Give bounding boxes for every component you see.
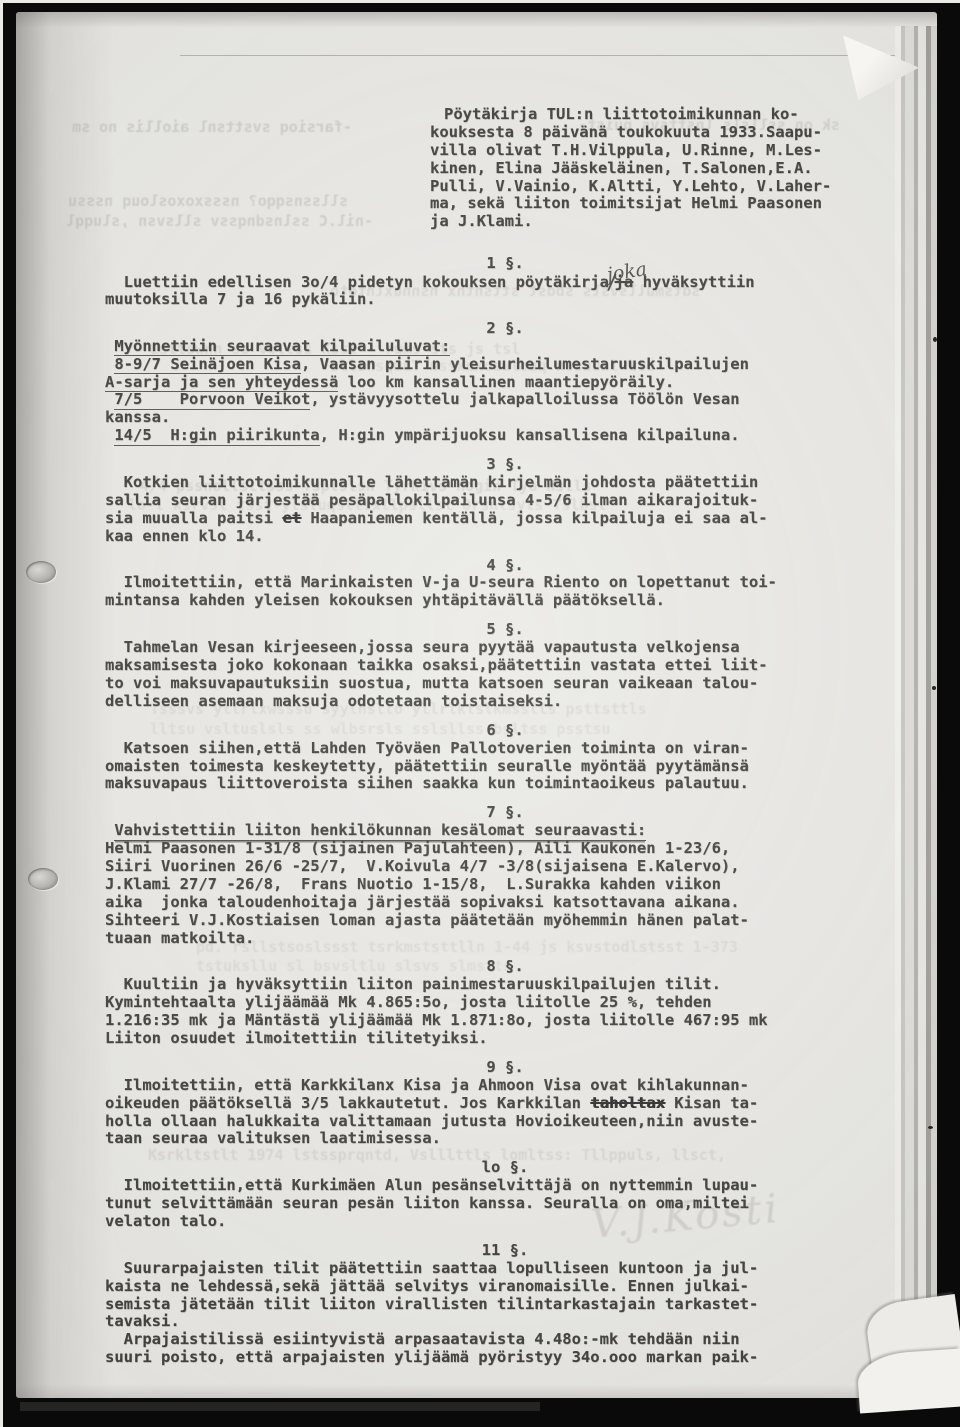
document-line: kanssa.	[105, 409, 905, 427]
document-line: Arpajaistilissä esiintyvistä arpasaatavi…	[105, 1331, 905, 1349]
photo-background-right	[937, 0, 960, 1427]
document-line: 7/5 Porvoon Veikot, ystävyysottelu jalka…	[105, 391, 905, 409]
text-segment	[105, 355, 114, 373]
document-line: 1.216:35 mk ja Mäntästä ylijäämää Mk 1.8…	[105, 1012, 905, 1030]
document-line: suuri poisto, että arpajaisten ylijäämä …	[105, 1349, 905, 1367]
document-line: Suurarpajaisten tilit päätettiin saattaa…	[105, 1260, 905, 1278]
document-line: kaista ne lehdessä,sekä jättää selvitys …	[105, 1278, 905, 1296]
document-line: holla ollaan halukkaita valittamaan jutu…	[105, 1113, 905, 1131]
document-body: 1 §. Luettiin edellisen 3o/4 pidetyn kok…	[105, 255, 905, 1367]
text-segment: Haapaniemen kentällä, jossa kilpailuja e…	[301, 509, 768, 527]
binder-hole-bottom	[28, 868, 58, 890]
section-header: 7 §.	[105, 804, 905, 822]
document-line: kinen, Elina Jääskeläinen, T.Salonen,E.A…	[430, 160, 905, 178]
page-stack-edge	[918, 26, 926, 1390]
underlined-text: 7/5 Porvoon Veikot	[114, 390, 310, 410]
page-stack-edge	[905, 26, 914, 1390]
text-segment: loo km kansallinen maantiepyöräily.	[338, 373, 674, 391]
text-segment	[105, 390, 114, 408]
document-line: oikeuden päätöksellä 3/5 lakkautetut. Jo…	[105, 1095, 905, 1113]
document-line: tuaan matkoilta.	[105, 930, 905, 948]
text-segment: hyväksyttiin	[633, 273, 754, 291]
text-segment	[105, 337, 114, 355]
text-segment: Luettiin edellisen 3o/4 pidetyn kokoukse…	[105, 273, 609, 291]
document-line: omaisten toimesta keskeytetty, päätettii…	[105, 758, 905, 776]
section-header: 4 §.	[105, 557, 905, 575]
document-line: Luettiin edellisen 3o/4 pidetyn kokoukse…	[105, 273, 905, 291]
document-line: maksuvapaus liittoveroista siihen saakka…	[105, 775, 905, 793]
document-line: sallia seuran järjestää pesäpallokilpail…	[105, 492, 905, 510]
document-line: Kuultiin ja hyväksyttiin liiton painimes…	[105, 976, 905, 994]
text-segment: , Vaasan piirin yleisurheilumestaruuskil…	[301, 355, 749, 373]
document-line: Ilmoitettiin, että Marinkaisten V-ja U-s…	[105, 574, 905, 592]
document-line: Ilmoitettiin,että Kurkimäen Alun pesänse…	[105, 1177, 905, 1195]
section-header: 2 §.	[105, 320, 905, 338]
table-edge-highlight	[20, 1402, 540, 1411]
document-line: sia muualla paitsi et Haapaniemen kentäl…	[105, 510, 905, 528]
section-header: 1 §.	[105, 255, 905, 273]
document-line: J.Klami 27/7 -26/8, Frans Nuotio 1-15/8,…	[105, 876, 905, 894]
document-line: Helmi Paasonen 1-31/8 (sijainen Pajulaht…	[105, 840, 905, 858]
underlined-text: 8-9/7 Seinäjoen Kisa	[114, 355, 301, 375]
text-segment: sia muualla paitsi	[105, 509, 282, 527]
document-line: mintansa kahden yleisen kokouksen yhtäpi…	[105, 592, 905, 610]
document-line: taan seuraa valituksen laatimisessa.	[105, 1130, 905, 1148]
ink-speck	[933, 337, 937, 342]
document-line: 14/5 H:gin piirikunta, H:gin ympärijuoks…	[105, 427, 905, 445]
document-line: tavaksi.	[105, 1313, 905, 1331]
ink-speck	[932, 686, 936, 690]
document-line: Myönnettiin seuraavat kilpailuluvat:	[105, 338, 905, 356]
document-line: kaa ennen klo 14.	[105, 528, 905, 546]
title-block: Pöytäkirja TUL:n liittotoimikunnan ko-ko…	[105, 106, 905, 231]
document-line: Tahmelan Vesan kirjeeseen,jossa seura py…	[105, 639, 905, 657]
ink-speck	[928, 1126, 933, 1129]
document-line: velaton talo.	[105, 1213, 905, 1231]
document-line: Liiton osuudet ilmoitettiin tilitetyiksi…	[105, 1030, 905, 1048]
document-line: 8-9/7 Seinäjoen Kisa, Vaasan piirin ylei…	[105, 356, 905, 374]
text-segment: , ystävyysottelu jalkapalloilussa Töölön…	[310, 390, 739, 408]
section-header: 3 §.	[105, 456, 905, 474]
section-header: 6 §.	[105, 722, 905, 740]
document-line: Siiri Vuorinen 26/6 -25/7, V.Koivula 4/7…	[105, 858, 905, 876]
section-header: 11 §.	[105, 1242, 905, 1260]
text-segment	[105, 426, 114, 444]
document-text: Pöytäkirja TUL:n liittotoimikunnan ko-ko…	[105, 106, 905, 1367]
document-line: villa olivat T.H.Vilppula, U.Rinne, M.Le…	[430, 142, 905, 160]
binder-hole-top	[26, 561, 56, 583]
page-stack-edge	[931, 26, 937, 1390]
document-line: delliseen asemaan maksuja odotetaan tois…	[105, 693, 905, 711]
text-segment: , H:gin ympärijuoksu kansallisena kilpai…	[320, 426, 740, 444]
section-header: 8 §.	[105, 958, 905, 976]
document-line: ma, sekä liiton toimitsijat Helmi Paason…	[430, 195, 905, 213]
document-line: Sihteeri V.J.Kostiaisen loman ajasta pää…	[105, 912, 905, 930]
underlined-text: Vahvistettiin liiton henkilökunnan kesäl…	[114, 821, 646, 841]
page: -farsioq svsttsnl aiollis no smsk on ssl…	[16, 12, 937, 1398]
document-line: kouksesta 8 päivänä toukokuuta 1933.Saap…	[430, 124, 905, 142]
underlined-text: Myönnettiin seuraavat kilpailuluvat:	[114, 337, 450, 357]
struck-text: et	[282, 509, 301, 527]
photo-background-left	[0, 0, 17, 1427]
document-line: to voi maksuvapautuksiin suostua, mutta …	[105, 675, 905, 693]
document-line: Pöytäkirja TUL:n liittotoimikunnan ko-	[430, 106, 905, 124]
text-segment: oikeuden päätöksellä 3/5 lakkautetut. Jo…	[105, 1094, 590, 1112]
document-line: maksamisesta joko kokonaan taikka osaksi…	[105, 657, 905, 675]
scan-photo: { "document": { "title_lines": [ "Pöytäk…	[0, 0, 960, 1427]
underlined-text: 14/5 H:gin piirikunta	[114, 426, 319, 446]
struck-text: taholtax	[590, 1094, 665, 1112]
section-header: lo §.	[105, 1159, 905, 1177]
document-line: Katsoen siihen,että Lahden Työväen Pallo…	[105, 740, 905, 758]
document-line: muutoksilla 7 ja 16 pykäliin.	[105, 291, 905, 309]
section-header: 5 §.	[105, 621, 905, 639]
document-line: Ilmoitettiin, että Karkkilanx Kisa ja Ah…	[105, 1077, 905, 1095]
text-segment: Kisan ta-	[665, 1094, 758, 1112]
document-line: Pulli, V.Vainio, K.Altti, Y.Lehto, V.Lah…	[430, 178, 905, 196]
document-line: tunut selvittämään seuran pesän liiton k…	[105, 1195, 905, 1213]
document-line: Vahvistettiin liiton henkilökunnan kesäl…	[105, 822, 905, 840]
document-line: A-sarja ja sen yhteydessä loo km kansall…	[105, 374, 905, 392]
document-line: Kotkien liittotoimikunnalle lähettämän k…	[105, 474, 905, 492]
document-line: semista jätetään tilit liiton viralliste…	[105, 1296, 905, 1314]
document-line: ja J.Klami.	[430, 213, 905, 231]
text-segment	[105, 821, 114, 839]
document-line: aika jonka taloudenhoitaja järjestää sop…	[105, 894, 905, 912]
document-line: Kymintehtaalta ylijäämää Mk 4.865:5o, jo…	[105, 994, 905, 1012]
section-header: 9 §.	[105, 1059, 905, 1077]
